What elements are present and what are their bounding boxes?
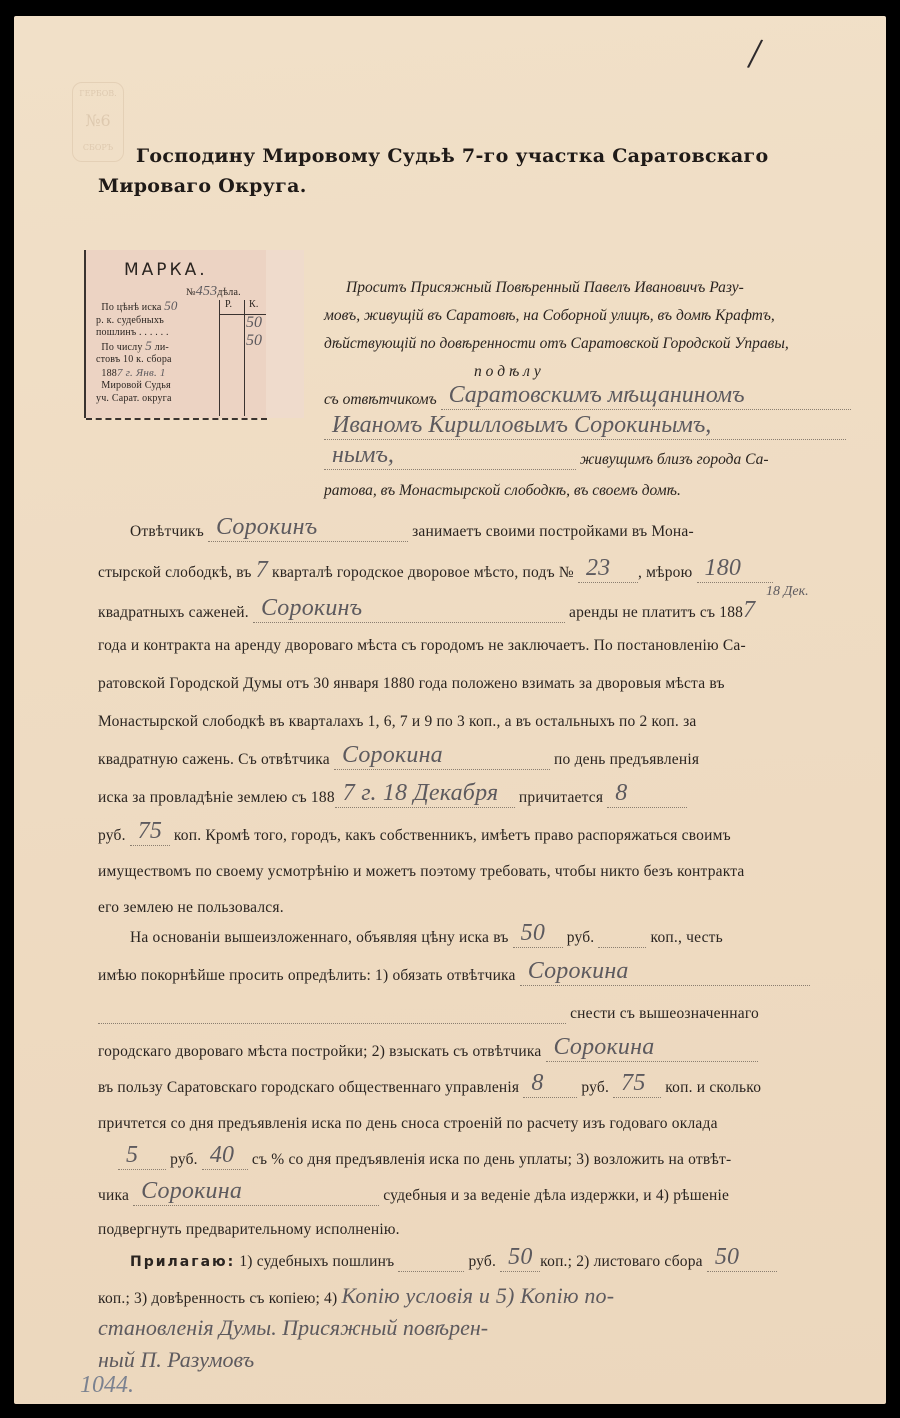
- petitioner-line-last: ратова, въ Монастырской слободкѣ, въ сво…: [324, 481, 681, 501]
- seal-top-text: ГЕРБОВ.: [73, 89, 123, 98]
- petitioner-line-3: дѣйствующій по довѣренности отъ Саратовс…: [324, 334, 789, 354]
- po-delu: п о д ѣ л у: [474, 362, 541, 382]
- document-page: / ГЕРБОВ. №6 СБОРЪ Господину Мировому Су…: [14, 16, 886, 1404]
- claim-line-4: городскаго двороваго мѣста постройки; 2)…: [98, 1042, 758, 1062]
- case-number: №453дѣла.: [186, 284, 241, 300]
- embossed-duty-seal: ГЕРБОВ. №6 СБОРЪ: [72, 82, 124, 162]
- amount-columns: Р. К. 50 50: [219, 300, 267, 416]
- claim-line-6: причтется со дня предъявленія иска по де…: [98, 1114, 718, 1134]
- claim-line-9: подвергнуть предварительному исполненію.: [98, 1220, 400, 1240]
- attachments-line-2: коп.; 3) довѣренность съ копіею; 4) Копі…: [98, 1286, 614, 1309]
- body-line-4: года и контракта на аренду двороваго мѣс…: [98, 636, 746, 656]
- body-line-3: квадратныхъ саженей. Сорокинъ аренды не …: [98, 600, 755, 623]
- body-line-8: иска за провладѣніе землею съ 1887 г. 18…: [98, 788, 687, 808]
- petitioner-line-1: Проситъ Присяжный Повѣренный Павелъ Иван…: [346, 278, 744, 298]
- archive-number: 1044.: [80, 1372, 134, 1399]
- defendant-name-hand: Саратовскимъ мѣщаниномъ: [449, 382, 745, 408]
- claim-line-3: снести съ вышеозначеннаго: [98, 1004, 759, 1024]
- body-line-11: его землею не пользовался.: [98, 898, 284, 918]
- claim-line-1: На основаніи вышеизложеннаго, объявляя ц…: [130, 928, 723, 948]
- claim-line-2: имѣю покорнѣйше просить опредѣлить: 1) о…: [98, 966, 810, 986]
- seal-bottom-text: СБОРЪ: [73, 143, 123, 152]
- date-note: 18 Дек.: [766, 584, 809, 600]
- defendant-line-1: съ отвѣтчикомъ Саратовскимъ мѣщаниномъ: [324, 390, 851, 410]
- body-line-2: стырской слободкѣ, въ 7 кварталѣ городск…: [98, 560, 773, 583]
- body-line-1: Отвѣтчикъ Сорокинъ занимаетъ своими пост…: [130, 522, 694, 542]
- revenue-stamp: МАРКА. №453дѣла. Р. К. 50 50 По цѣнѣ иск…: [84, 250, 304, 418]
- amount-kop-1: 50: [246, 314, 262, 332]
- attachments-line-3: становленія Думы. Присяжный повѣрен-: [98, 1318, 488, 1338]
- col-rub: Р.: [225, 299, 232, 310]
- page-number-mark: /: [746, 27, 765, 79]
- defendant-line-2: Иваномъ Кирилловымъ Сорокинымъ,: [324, 420, 846, 440]
- claim-line-7: 5 руб. 40 съ % со дня предъявленія иска …: [118, 1150, 731, 1170]
- body-line-7: квадратную сажень. Съ отвѣтчика Сорокина…: [98, 750, 699, 770]
- body-line-9: руб. 75 коп. Кромѣ того, городъ, какъ со…: [98, 826, 731, 846]
- stamp-title: МАРКА.: [124, 260, 208, 280]
- body-line-6: Монастырской слободкѣ въ кварталахъ 1, 6…: [98, 712, 696, 732]
- signature: ный П. Разумовъ: [98, 1350, 254, 1370]
- heading-line-1: Господину Мировому Судьѣ 7-го участка Са…: [136, 146, 768, 166]
- body-line-5: ратовской Городской Думы отъ 30 января 1…: [98, 674, 725, 694]
- claim-line-8: чика Сорокина судебныя и за веденіе дѣла…: [98, 1186, 729, 1206]
- col-kop: К.: [249, 299, 259, 310]
- body-line-10: имуществомъ по своему усмотрѣнію и может…: [98, 862, 745, 882]
- amount-kop-2: 50: [246, 332, 262, 350]
- stamp-perforation: [266, 250, 304, 418]
- defendant-line-3: нымъ, живущимъ близъ города Са-: [324, 450, 769, 470]
- attachments-line-1: Прилагаю: 1) судебныхъ пошлинъ руб. 50ко…: [130, 1252, 777, 1272]
- seal-number: №6: [73, 111, 123, 130]
- claim-line-5: въ пользу Саратовскаго городскаго общест…: [98, 1078, 761, 1098]
- heading-line-2: Мироваго Округа.: [98, 176, 307, 196]
- stamp-text: По цѣнѣ иска 50 р. к. судебныхъ пошлинъ …: [96, 300, 220, 405]
- petitioner-line-2: мовъ, живущій въ Саратовѣ, на Соборной у…: [324, 306, 775, 326]
